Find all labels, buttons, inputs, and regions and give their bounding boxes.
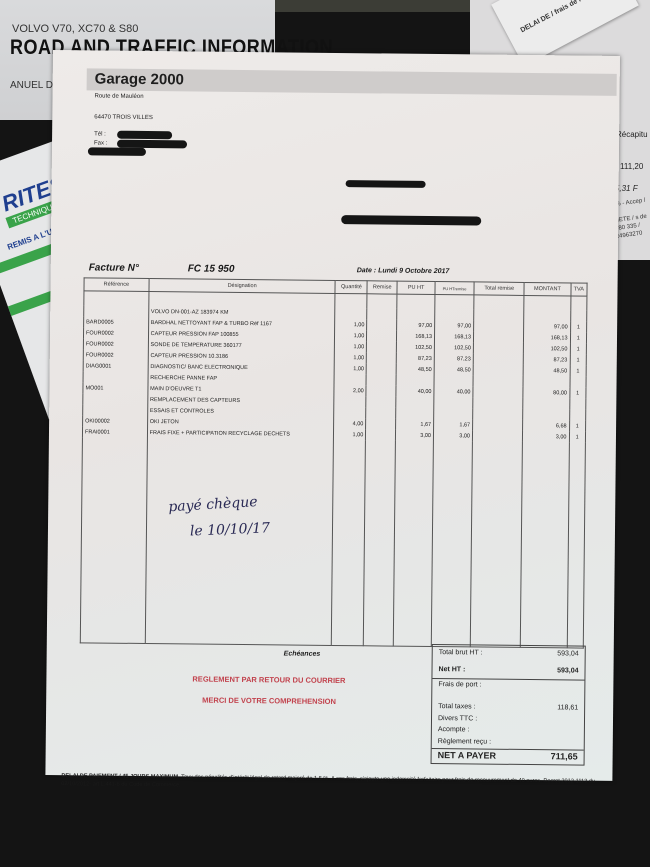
- cell-remise: [366, 429, 396, 440]
- empty-cell: [435, 295, 474, 310]
- cell-pu-ht: 168,13: [397, 331, 435, 342]
- cell-pu-ht: 102,50: [396, 342, 434, 353]
- thanks-message: MERCI DE VOTRE COMPREHENSION: [202, 696, 336, 706]
- cell-pu-ht-remise: [435, 309, 474, 320]
- cell-pu-ht-remise: 3,00: [433, 430, 472, 441]
- cell-tva: 1: [570, 321, 587, 332]
- cell-pu-ht: 3,00: [395, 430, 433, 441]
- redaction-mark: [117, 131, 172, 140]
- empty-cell: [431, 441, 472, 647]
- column-header: Total remise: [474, 282, 524, 296]
- empty-cell: [521, 442, 569, 648]
- cell-total-remise: [473, 375, 523, 387]
- cell-tva: 1: [569, 431, 586, 442]
- cell-ref: FRAI0001: [82, 426, 147, 438]
- cell-pu-ht: 87,23: [396, 353, 434, 364]
- cell-pu-ht: [396, 375, 434, 386]
- cell-pu-ht: [396, 408, 434, 419]
- cell-qty: 1,00: [335, 319, 367, 330]
- cell-remise: [367, 308, 397, 319]
- cell-pu-ht: 40,00: [396, 386, 434, 397]
- cell-pu-ht-remise: 168,13: [434, 331, 473, 342]
- garage-name: Garage 2000: [95, 70, 184, 88]
- recap-value-1: 111,20: [620, 162, 643, 171]
- divers-ttc-label: Divers TTC :: [438, 715, 477, 722]
- cell-montant: [523, 376, 569, 387]
- echeances-label: Echéances: [284, 650, 321, 657]
- empty-cell: [474, 295, 524, 310]
- cell-total-remise: [473, 364, 523, 376]
- cell-ref: BARD0005: [84, 316, 149, 328]
- invoice-lines-table: RéférenceDésignationQuantitéRemisePU HTP…: [80, 277, 588, 648]
- cell-ref: [83, 371, 148, 383]
- manual-subtitle: VOLVO V70, XC70 & S80: [12, 23, 138, 35]
- cell-qty: 1,00: [335, 341, 367, 352]
- cell-pu-ht-remise: [434, 397, 473, 408]
- cell-total-remise: [474, 309, 524, 321]
- cell-remise: [367, 341, 397, 352]
- cell-montant: 168,13: [524, 332, 570, 343]
- cell-tva: 1: [570, 354, 587, 365]
- cell-remise: [367, 352, 397, 363]
- empty-cell: [567, 442, 586, 648]
- cell-remise: [366, 363, 396, 374]
- cell-pu-ht: 48,50: [396, 364, 434, 375]
- cell-total-remise: [473, 397, 523, 409]
- cell-montant: 87,23: [524, 354, 570, 365]
- address-line-2: 64470 TROIS VILLES: [94, 114, 153, 121]
- total-brut-ht-label: Total brut HT :: [439, 649, 483, 656]
- cell-montant: 102,50: [524, 343, 570, 354]
- empty-cell: [524, 295, 570, 310]
- empty-cell: [80, 437, 147, 643]
- empty-cell: [397, 294, 435, 309]
- tel-label: Tél :: [94, 131, 106, 137]
- fax-label: Fax :: [94, 140, 107, 146]
- cell-ref: FOUR0002: [83, 338, 148, 350]
- cell-remise: [366, 407, 396, 418]
- column-header: Référence: [84, 278, 149, 292]
- cell-total-remise: [474, 320, 524, 332]
- cell-tva: 1: [569, 387, 586, 398]
- cell-montant: [524, 310, 570, 321]
- empty-cell: [145, 438, 334, 645]
- cell-tva: 1: [570, 343, 587, 354]
- cell-total-remise: [472, 430, 522, 442]
- empty-cell: [364, 440, 396, 646]
- cell-montant: 48,50: [523, 365, 569, 376]
- cell-total-remise: [473, 386, 523, 398]
- column-header: Quantité: [335, 280, 367, 293]
- cell-ref: FOUR0002: [83, 327, 148, 339]
- cell-qty: 2,00: [334, 385, 366, 396]
- cell-ref: OKI00002: [83, 415, 148, 427]
- cell-ref: [83, 393, 148, 405]
- total-taxes-value: 118,61: [557, 704, 578, 711]
- net-a-payer-value: 711,65: [551, 751, 578, 761]
- column-header: TVA: [570, 283, 587, 296]
- handwritten-note-line-2: le 10/10/17: [190, 520, 271, 539]
- filler-row: [80, 437, 585, 648]
- cell-total-remise: [473, 353, 523, 365]
- cell-tva: [569, 409, 586, 420]
- cell-remise: [366, 374, 396, 385]
- cell-total-remise: [473, 419, 523, 431]
- net-a-payer-label: NET A PAYER: [438, 750, 496, 761]
- reglement-recu-label: Règlement reçu :: [438, 738, 491, 746]
- cell-montant: 3,00: [523, 431, 569, 442]
- cell-remise: [367, 330, 397, 341]
- cell-pu-ht: 97,00: [397, 320, 435, 331]
- cell-pu-ht-remise: 102,50: [434, 342, 473, 353]
- redaction-mark: [341, 215, 481, 225]
- cell-remise: [367, 319, 397, 330]
- invoice-label: Facture N°: [89, 262, 139, 274]
- cell-montant: 97,00: [524, 321, 570, 332]
- cell-pu-ht: [396, 397, 434, 408]
- cell-qty: [334, 396, 366, 407]
- cell-qty: [335, 308, 367, 319]
- empty-cell: [470, 441, 522, 647]
- cell-tva: 1: [570, 332, 587, 343]
- cell-qty: 1,00: [335, 352, 367, 363]
- cell-total-remise: [473, 342, 523, 354]
- column-header: MONTANT: [524, 282, 570, 295]
- acompte-label: Acompte :: [438, 726, 470, 733]
- cell-ref: FOUR0002: [83, 349, 148, 361]
- cell-tva: [570, 310, 587, 321]
- payment-message: REGLEMENT PAR RETOUR DU COURRIER: [192, 674, 345, 685]
- cell-ref: [83, 404, 148, 416]
- footer-bold: DELAI DE PAIEMENT / 45 JOURS MAXIMUM.: [61, 773, 179, 780]
- cell-ref: MO001: [83, 382, 148, 394]
- redaction-mark: [346, 180, 426, 188]
- cell-pu-ht-remise: 48,50: [434, 364, 473, 375]
- cell-pu-ht-remise: [434, 375, 473, 386]
- invoice-paper: Garage 2000 Route de Mauléon 64470 TROIS…: [45, 50, 620, 781]
- empty-cell: [367, 294, 397, 309]
- cell-qty: 1,00: [335, 330, 367, 341]
- column-header: PU HTremise: [435, 282, 474, 295]
- total-taxes-label: Total taxes :: [438, 703, 475, 710]
- cell-pu-ht: 1,67: [396, 419, 434, 430]
- cell-pu-ht-remise: 97,00: [435, 320, 474, 331]
- redaction-mark: [88, 147, 146, 156]
- column-header: Remise: [367, 281, 397, 294]
- net-ht-label: Net HT :: [438, 666, 465, 673]
- cell-total-remise: [473, 331, 523, 343]
- cell-total-remise: [473, 408, 523, 420]
- divider: [432, 678, 584, 681]
- cell-pu-ht-remise: [434, 408, 473, 419]
- cell-pu-ht: [397, 309, 435, 320]
- invoice-date: Date : Lundi 9 Octobre 2017: [357, 267, 450, 275]
- legal-footer: DELAI DE PAIEMENT / 45 JOURS MAXIMUM. Ta…: [61, 772, 601, 794]
- cell-qty: 1,00: [335, 363, 367, 374]
- cell-tva: [570, 376, 587, 387]
- cell-qty: 4,00: [334, 418, 366, 429]
- cell-montant: [523, 409, 569, 420]
- cell-ref: DIAG0001: [83, 360, 148, 372]
- cell-tva: 1: [569, 420, 586, 431]
- empty-cell: [570, 296, 587, 311]
- empty-cell: [335, 293, 367, 308]
- cell-qty: [334, 374, 366, 385]
- invoice-number: FC 15 950: [188, 263, 235, 274]
- cell-pu-ht-remise: 1,67: [434, 419, 473, 430]
- cell-remise: [366, 396, 396, 407]
- cell-tva: [569, 398, 586, 409]
- cell-pu-ht-remise: 40,00: [434, 386, 473, 397]
- right-card-text: DELAI DE / frais de reco: [520, 0, 594, 34]
- column-header: PU HT: [397, 281, 435, 294]
- cell-remise: [366, 385, 396, 396]
- cell-qty: 1,00: [334, 429, 366, 440]
- cell-montant: 6,68: [523, 420, 569, 431]
- address-line-1: Route de Mauléon: [94, 93, 143, 100]
- cell-montant: 80,00: [523, 387, 569, 398]
- total-brut-ht-value: 593,04: [557, 650, 578, 657]
- net-ht-value: 593,04: [557, 667, 578, 674]
- totals-box: Total brut HT :593,04 Net HT :593,04 Fra…: [431, 644, 586, 766]
- cell-ref: [84, 305, 149, 317]
- cell-qty: [334, 407, 366, 418]
- empty-cell: [393, 441, 433, 647]
- recap-heading: Récapitu: [616, 130, 648, 139]
- cell-tva: 1: [570, 365, 587, 376]
- cell-montant: [523, 398, 569, 409]
- frais-port-label: Frais de port :: [438, 681, 481, 688]
- cell-pu-ht-remise: 87,23: [434, 353, 473, 364]
- cell-remise: [366, 418, 396, 429]
- empty-cell: [84, 291, 149, 306]
- empty-cell: [332, 440, 366, 646]
